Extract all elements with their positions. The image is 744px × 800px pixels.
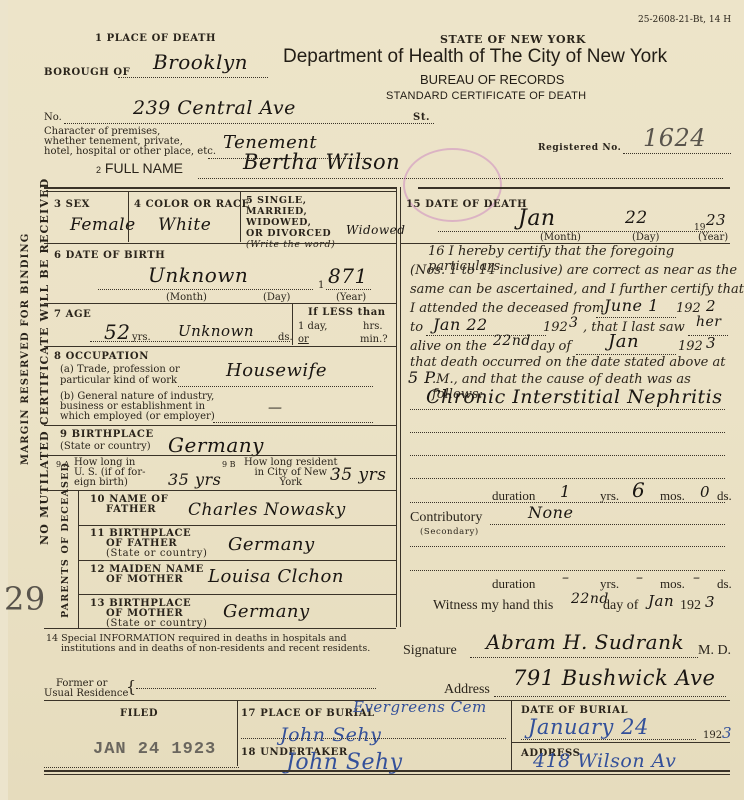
cell-divider — [78, 490, 79, 628]
divider — [78, 560, 396, 561]
dob-year-prefix: 1 — [318, 280, 324, 292]
age-label: 7 AGE — [54, 309, 91, 320]
cause-line — [410, 454, 725, 456]
witness-label: Witness my hand this — [433, 598, 553, 614]
mother-name-value: Louisa Clchon — [208, 566, 344, 587]
us-residence-value: 35 yrs — [168, 470, 221, 489]
signature-label: Signature — [403, 643, 457, 659]
borough-line — [118, 76, 268, 78]
registered-number: 1624 — [643, 124, 706, 152]
father-birthplace-value: Germany — [228, 534, 315, 555]
us-residence-label: How long in U. S. (if of for- eign birth… — [74, 458, 145, 488]
dob-year-line — [326, 288, 371, 290]
borough-value: Brooklyn — [153, 50, 248, 74]
former-residence-line — [136, 687, 376, 689]
witness-year-value: 3 — [705, 593, 715, 611]
dob-line — [98, 288, 313, 290]
divider — [44, 187, 396, 189]
certification-line-2: (Nos. 1 to 14 inclusive) are correct as … — [410, 263, 737, 278]
physician-address-label: Address — [444, 682, 490, 698]
bureau-heading: BUREAU OF RECORDS — [420, 72, 564, 87]
physician-address-line — [494, 695, 726, 697]
state-heading: STATE OF NEW YORK — [440, 33, 586, 46]
death-day-value: 22 — [625, 208, 648, 228]
contributory-line — [490, 523, 725, 525]
contributory-line — [410, 545, 725, 547]
label-line: eign birth) — [74, 478, 145, 488]
marital-label-line: (Write the word) — [246, 239, 335, 250]
cause-line — [410, 477, 725, 479]
field-number: 2 — [96, 165, 101, 175]
form-number: 25-2608-21-Bt, 14 H — [638, 14, 731, 26]
tag-9b: 9 B — [222, 460, 236, 469]
mother-birthplace-label: 13 BIRTHPLACE OF MOTHER (State or countr… — [90, 599, 207, 629]
occupation-a-value: Housewife — [226, 360, 327, 381]
burial-place-line — [241, 737, 506, 739]
filed-line — [44, 766, 239, 768]
hours-label: hrs. — [363, 321, 383, 333]
witness-day-of-label: day of — [603, 598, 638, 614]
attended-from-value: June 1 — [604, 296, 659, 315]
filed-label: FILED — [120, 708, 158, 719]
label-line: (State or country) — [90, 549, 207, 559]
number-label: No. — [44, 112, 62, 124]
days-label: ds. — [278, 332, 293, 344]
from-year-value: 2 — [706, 297, 716, 315]
divider — [44, 303, 396, 304]
attended-label: I attended the deceased from — [410, 301, 604, 316]
place-of-death-title: 1 PLACE OF DEATH — [95, 33, 216, 44]
date-of-death-title: 15 DATE OF DEATH — [406, 199, 527, 210]
occupation-b-value: — — [268, 400, 283, 416]
undertaker-address-value: 418 Wilson Av — [533, 750, 676, 772]
marital-label: 5 SINGLE, MARRIED, WIDOWED, OR DIVORCED … — [246, 195, 335, 250]
divider — [511, 742, 730, 743]
full-name-value: Bertha Wilson — [243, 150, 400, 174]
duration-days-value: 0 — [700, 483, 710, 501]
to-year-prefix: 192 — [543, 320, 568, 335]
birthplace-value: Germany — [168, 433, 264, 457]
father-name-label: 10 NAME OF FATHER — [90, 495, 168, 515]
witness-year-prefix: 192 — [680, 598, 701, 614]
divider — [44, 455, 396, 456]
duration-years-value: 1 — [560, 482, 571, 501]
divider — [44, 425, 396, 426]
months-label: mos. — [660, 576, 685, 592]
secondary-label: (Secondary) — [420, 527, 479, 537]
label-line: York — [244, 478, 338, 488]
burial-date-value: January 24 — [528, 715, 649, 739]
less-than-label: If LESS than — [308, 307, 386, 318]
occupation-a-line — [178, 385, 373, 387]
dob-label: 6 DATE OF BIRTH — [54, 250, 165, 261]
bottom-border — [44, 770, 730, 772]
certification-line-3: same can be ascertained, and I further c… — [410, 282, 744, 297]
sex-value: Female — [70, 215, 136, 235]
sex-label: 3 SEX — [54, 199, 90, 210]
minutes-label: min.? — [360, 334, 388, 346]
witness-month-value: Jan — [648, 592, 674, 610]
street-line — [64, 122, 434, 124]
nyc-residence-label: How long resident in City of New York — [244, 458, 338, 488]
label-line: FATHER — [90, 505, 168, 515]
certificate-heading: STANDARD CERTIFICATE OF DEATH — [386, 90, 586, 102]
divider — [418, 187, 730, 189]
death-occurred-line: that death occurred on the date stated a… — [410, 355, 725, 370]
one-day-label: 1 day, — [298, 321, 327, 333]
alive-label: alive on the — [410, 339, 487, 354]
divider — [78, 594, 396, 595]
cause-line — [410, 408, 725, 410]
cell-divider — [128, 192, 129, 242]
burial-place-value-2: John Sehy — [280, 724, 381, 746]
mother-name-label: 12 MAIDEN NAME OF MOTHER — [90, 565, 204, 585]
mother-birthplace-value: Germany — [223, 601, 310, 622]
duration-days-value: – — [693, 570, 701, 586]
cell-divider — [237, 700, 238, 766]
years-label: yrs. — [600, 576, 619, 592]
occupation-b-label-3: which employed (or employer) — [60, 411, 215, 423]
day-of-label: day of — [531, 339, 571, 354]
department-heading: Department of Health of The City of New … — [283, 46, 667, 68]
death-certificate: 25-2608-21-Bt, 14 H STATE OF NEW YORK De… — [8, 0, 744, 800]
contributory-value: None — [528, 503, 573, 522]
margin-handwritten-number: 29 — [4, 580, 46, 618]
cell-divider — [511, 700, 512, 770]
divider — [44, 490, 396, 491]
to-label: to — [410, 320, 423, 335]
cell-divider — [240, 192, 241, 242]
filed-date-stamp: JAN 24 1923 — [93, 740, 216, 759]
father-birthplace-label: 11 BIRTHPLACE OF FATHER (State or countr… — [90, 529, 207, 559]
cause-of-death-value: Chronic Interstitial Nephritis — [426, 386, 723, 408]
death-year-value: 23 — [706, 211, 726, 229]
death-month-value: Jan — [518, 206, 556, 231]
contributory-label: Contributory — [410, 510, 482, 526]
duration-months-value: – — [636, 570, 644, 586]
color-value: White — [158, 215, 211, 235]
divider — [78, 525, 396, 526]
registered-line — [623, 152, 731, 154]
attended-from-line — [596, 316, 676, 318]
to-year-value: 3 — [569, 315, 578, 331]
cause-line — [410, 431, 725, 433]
special-info-line-2: institutions and in deaths of non-reside… — [61, 643, 370, 655]
age-years-value: 52 — [104, 320, 130, 344]
divider — [44, 628, 396, 629]
column-divider — [400, 187, 401, 627]
street-value: 239 Central Ave — [133, 97, 296, 119]
alive-month-value: Jan — [608, 331, 639, 352]
attended-to-value: Jan 22 — [433, 315, 488, 334]
marital-value: Widowed — [346, 223, 405, 237]
marital-label-line: WIDOWED, — [246, 217, 335, 228]
dob-month-value: Unknown — [148, 263, 248, 287]
premises-label-3: hotel, hospital or other place, etc. — [44, 146, 216, 158]
burial-year-value: 3 — [722, 724, 732, 742]
occupation-b-line — [213, 421, 373, 423]
margin-binding-note: MARGIN RESERVED FOR BINDING — [20, 232, 31, 465]
or-label: or — [298, 334, 309, 346]
marital-label-line: OR DIVORCED — [246, 228, 335, 239]
marital-label-line: MARRIED, — [246, 206, 335, 217]
duration-months-value: 6 — [632, 478, 645, 502]
brace: { — [126, 677, 136, 696]
days-label: ds. — [717, 576, 732, 592]
registered-label: Registered No. — [538, 143, 621, 153]
alive-year-value: 3 — [706, 334, 716, 352]
occupation-title: 8 OCCUPATION — [54, 351, 149, 362]
divider — [44, 191, 396, 192]
parents-side-label: PARENTS OF DECEASED — [60, 462, 71, 618]
column-divider — [396, 187, 397, 627]
cell-divider — [292, 303, 293, 345]
father-name-value: Charles Nowasky — [188, 500, 346, 520]
occupation-a-label-2: particular kind of work — [60, 375, 177, 387]
birthplace-title: 9 BIRTHPLACE — [60, 429, 154, 440]
former-residence-label-2: Usual Residence — [44, 688, 128, 700]
birthplace-sub: (State or country) — [60, 441, 151, 453]
divider — [44, 243, 396, 244]
alive-year-prefix: 192 — [678, 339, 703, 354]
physician-signature: Abram H. Sudrank — [486, 630, 684, 654]
marital-label-line: 5 SINGLE, — [246, 195, 335, 206]
bottom-border — [44, 774, 730, 775]
label-line: OF MOTHER — [90, 575, 204, 585]
purple-seal-stamp — [403, 148, 502, 222]
physician-address-value: 791 Bushwick Ave — [513, 666, 715, 690]
md-label: M. D. — [698, 643, 731, 659]
duration-years-value: – — [562, 570, 570, 586]
street-suffix-label: St. — [413, 112, 430, 123]
color-label: 4 COLOR OR RACE — [134, 199, 250, 210]
last-saw-value: her — [696, 314, 722, 330]
years-label: yrs. — [132, 332, 151, 344]
dob-year-value: 871 — [328, 264, 368, 288]
nyc-residence-value: 35 yrs — [330, 465, 387, 485]
duration-label: duration — [492, 576, 535, 592]
alive-day-value: 22nd — [493, 333, 531, 349]
full-name-label: 2 FULL NAME — [96, 160, 183, 176]
burial-year-prefix: 192 — [703, 730, 722, 742]
burial-place-value: Evergreens Cem — [353, 698, 487, 716]
divider — [44, 346, 396, 347]
signature-line — [470, 656, 698, 658]
age-months-value: Unknown — [178, 322, 254, 340]
full-name-text: FULL NAME — [105, 160, 183, 176]
